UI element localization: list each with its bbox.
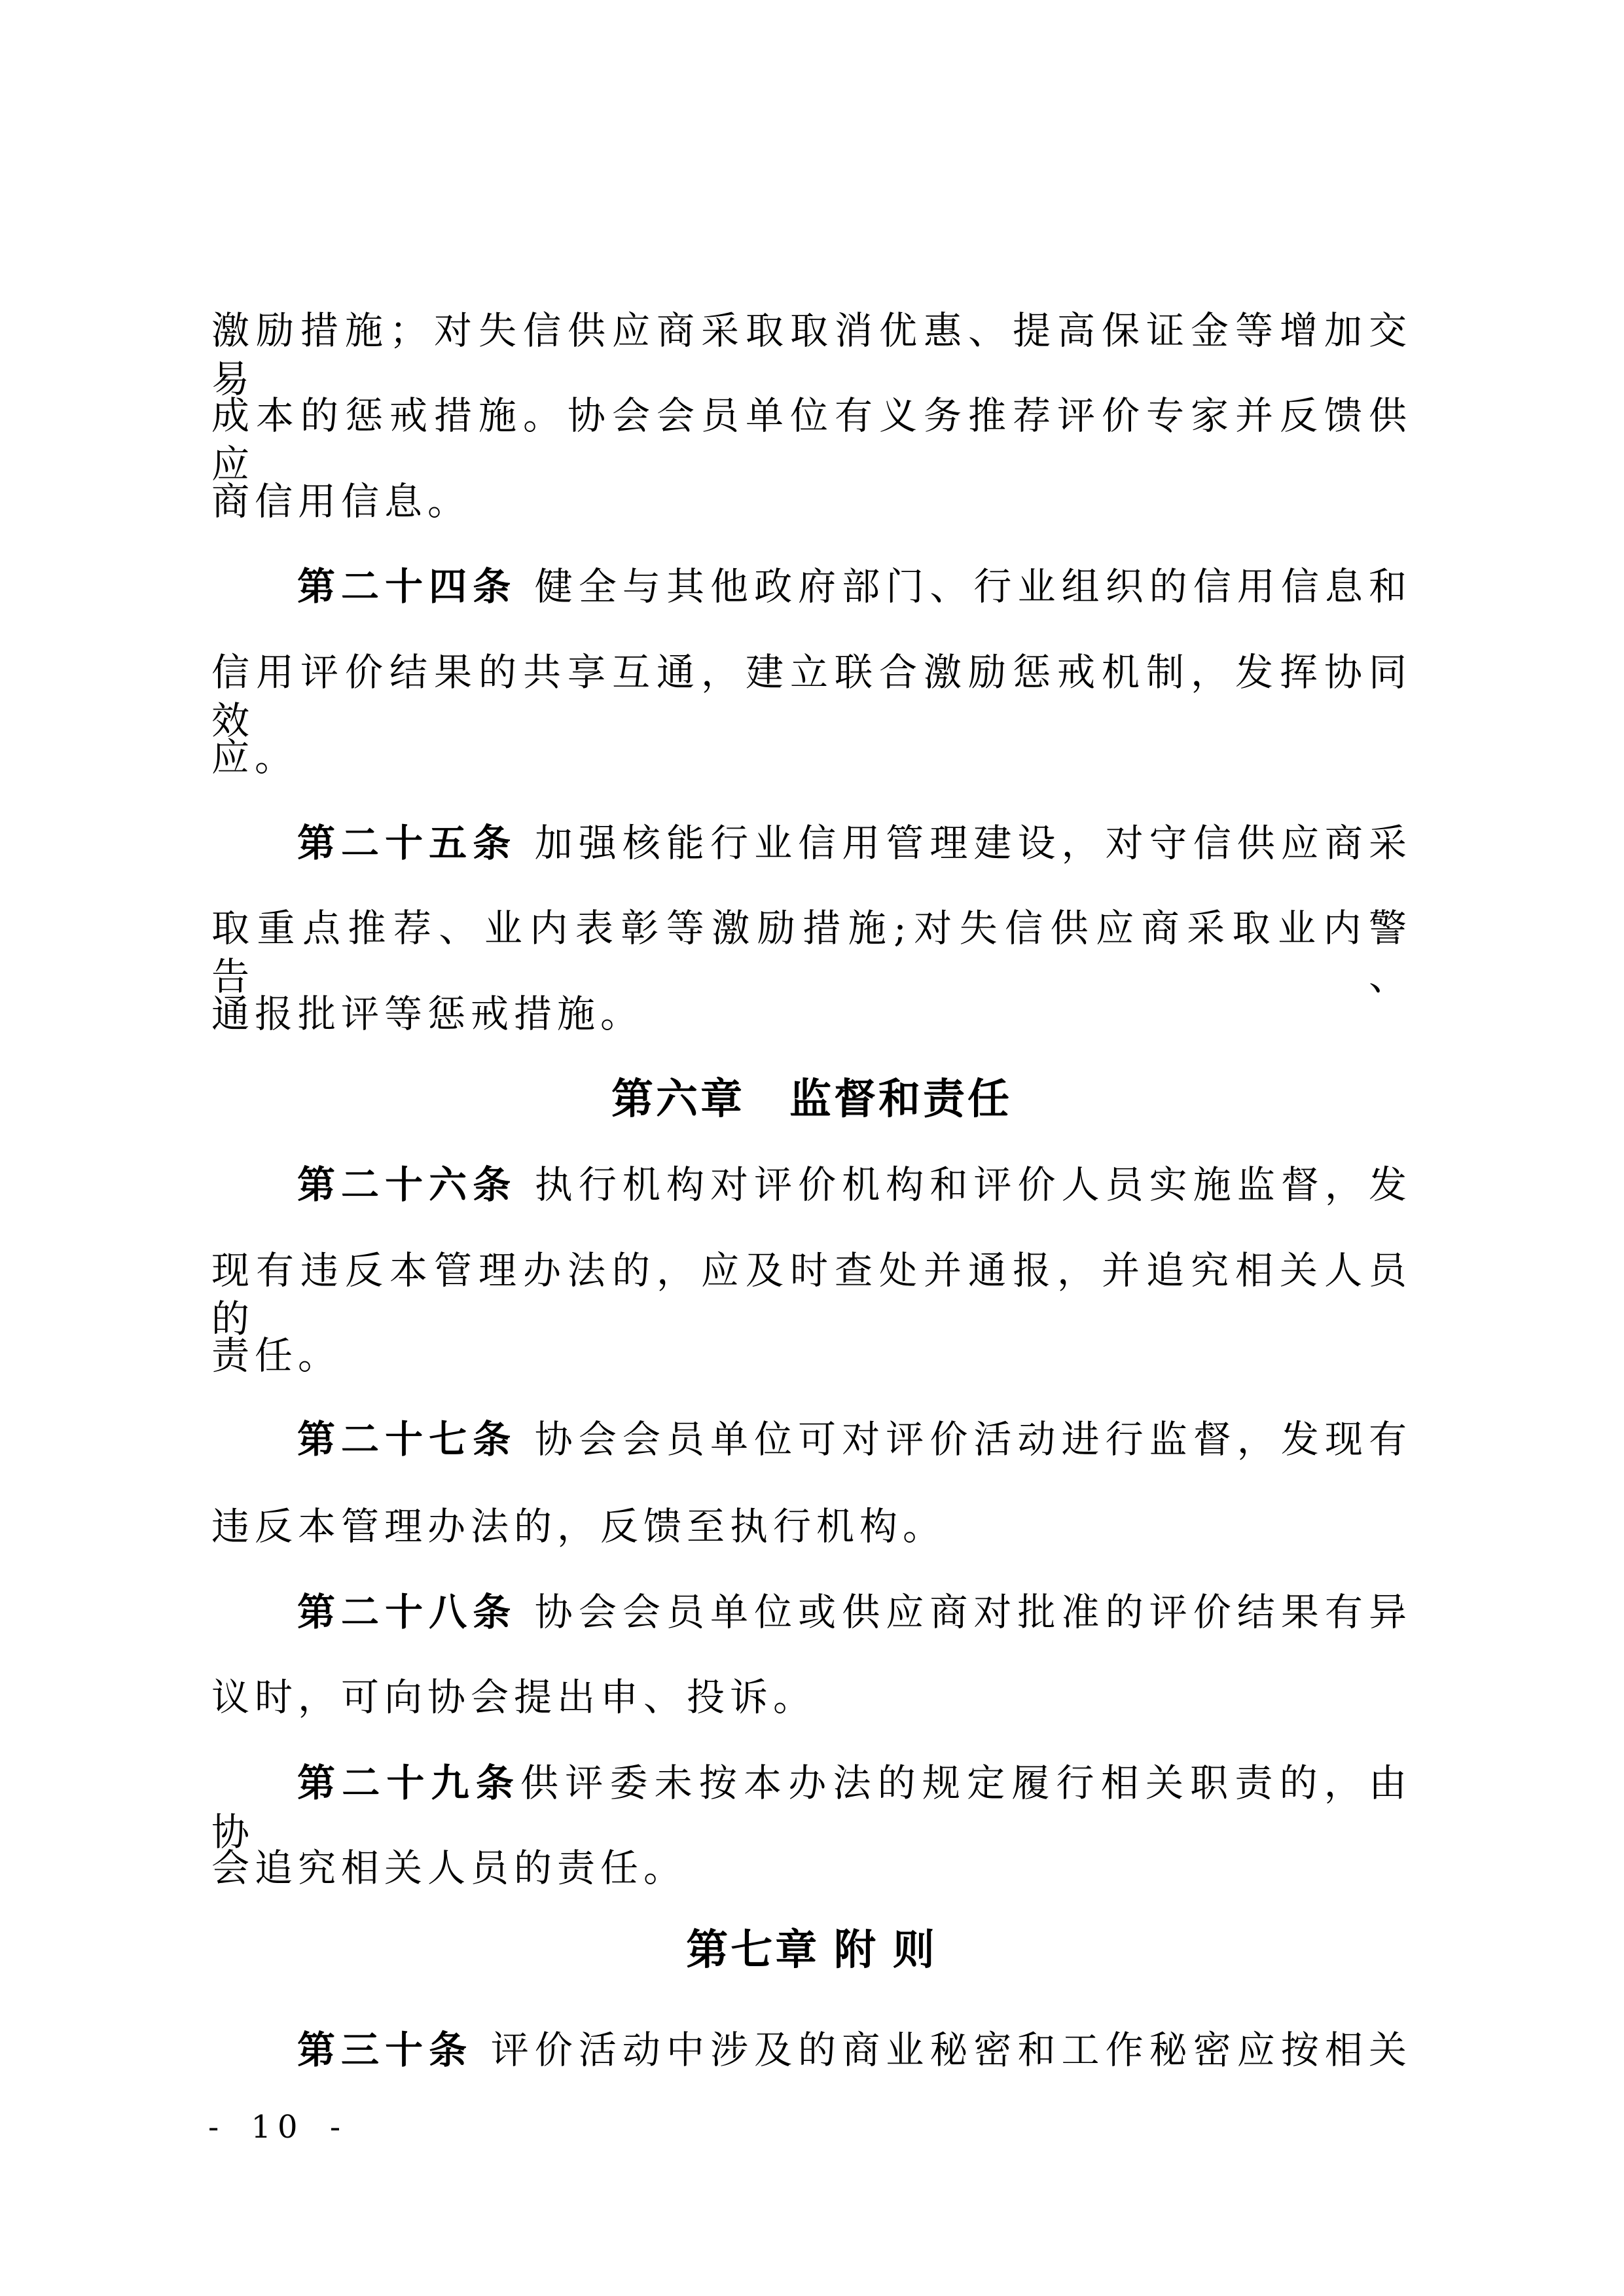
article-number: 第二十九条	[297, 1762, 520, 1804]
chapter-heading-text: 第七章 附 则	[686, 1926, 937, 1973]
line-text: 现有违反本管理办法的，应及时查处并通报，并追究相关人员的	[211, 1248, 1412, 1341]
line-text: 协会会员单位或供应商对批准的评价结果有异	[516, 1590, 1412, 1634]
text-line: 成本的惩戒措施。协会会员单位有义务推荐评价专家并反馈供应	[211, 391, 1412, 488]
text-line: 议时，可向协会提出申、投诉。	[211, 1673, 1412, 1721]
text-line: 商信用信息。	[211, 477, 1412, 526]
article-number: 第三十条	[297, 2029, 473, 2072]
page-number: - 10 -	[208, 2109, 347, 2145]
text-line: 应。	[211, 733, 1412, 781]
line-text: 议时，可向协会提出申、投诉。	[211, 1675, 816, 1719]
line-text: 违反本管理办法的，反馈至执行机构。	[211, 1504, 946, 1549]
text-line: 第二十五条 加强核能行业信用管理建设，对守信供应商采	[211, 819, 1412, 868]
text-line: 责任。	[211, 1331, 1412, 1380]
line-text: 应。	[211, 735, 298, 780]
line-text: 商信用信息。	[211, 479, 471, 524]
text-line: 违反本管理办法的，反馈至执行机构。	[211, 1502, 1412, 1551]
chapter-heading-text: 第六章 监督和责任	[611, 1075, 1012, 1122]
line-text: 激励措施；对失信供应商采取取消优惠、提高保证金等增加交易	[211, 308, 1412, 401]
line-text: 责任。	[211, 1333, 341, 1378]
line-text: 取重点推荐、业内表彰等激励措施;对失信供应商采取业内警告、	[211, 906, 1412, 999]
text-line: 取重点推荐、业内表彰等激励措施;对失信供应商采取业内警告、	[211, 904, 1412, 1001]
chapter-heading-6: 第六章 监督和责任	[211, 1075, 1412, 1123]
text-line: 信用评价结果的共享互通，建立联合激励惩戒机制，发挥协同效	[211, 648, 1412, 745]
text-line: 第二十八条 协会会员单位或供应商对批准的评价结果有异	[211, 1588, 1412, 1637]
text-line: 第二十四条 健全与其他政府部门、行业组织的信用信息和	[211, 562, 1412, 611]
article-number: 第二十七条	[297, 1418, 516, 1461]
text-line: 第二十九条供评委未按本办法的规定履行相关职责的，由协	[211, 1759, 1412, 1856]
text-line: 激励措施；对失信供应商采取取消优惠、提高保证金等增加交易	[211, 306, 1412, 403]
article-number: 第二十六条	[297, 1164, 516, 1206]
article-number: 第二十四条	[297, 565, 516, 608]
chapter-heading-7: 第七章 附 则	[211, 1926, 1412, 1974]
text-line: 第三十条 评价活动中涉及的商业秘密和工作秘密应按相关	[211, 2026, 1412, 2075]
line-text: 协会会员单位可对评价活动进行监督，发现有	[516, 1417, 1412, 1462]
line-text: 加强核能行业信用管理建设，对守信供应商采	[516, 821, 1412, 865]
text-line: 通报批评等惩戒措施。	[211, 990, 1412, 1038]
text-line: 第二十六条 执行机构对评价机构和评价人员实施监督，发	[211, 1160, 1412, 1210]
article-number: 第二十八条	[297, 1591, 516, 1634]
line-text: 会追究相关人员的责任。	[211, 1846, 687, 1890]
line-text: 通报批评等惩戒措施。	[211, 992, 643, 1036]
text-line: 现有违反本管理办法的，应及时查处并通报，并追究相关人员的	[211, 1246, 1412, 1343]
text-line: 第二十七条 协会会员单位可对评价活动进行监督，发现有	[211, 1415, 1412, 1464]
line-text: 信用评价结果的共享互通，建立联合激励惩戒机制，发挥协同效	[211, 650, 1412, 743]
line-text: 执行机构对评价机构和评价人员实施监督，发	[516, 1162, 1412, 1207]
line-text: 评价活动中涉及的商业秘密和工作秘密应按相关	[473, 2028, 1412, 2072]
text-line: 会追究相关人员的责任。	[211, 1844, 1412, 1892]
article-number: 第二十五条	[297, 822, 516, 865]
document-page: 激励措施；对失信供应商采取取消优惠、提高保证金等增加交易 成本的惩戒措施。协会会…	[0, 0, 1624, 2296]
line-text: 健全与其他政府部门、行业组织的信用信息和	[516, 564, 1412, 609]
line-text: 成本的惩戒措施。协会会员单位有义务推荐评价专家并反馈供应	[211, 393, 1412, 486]
